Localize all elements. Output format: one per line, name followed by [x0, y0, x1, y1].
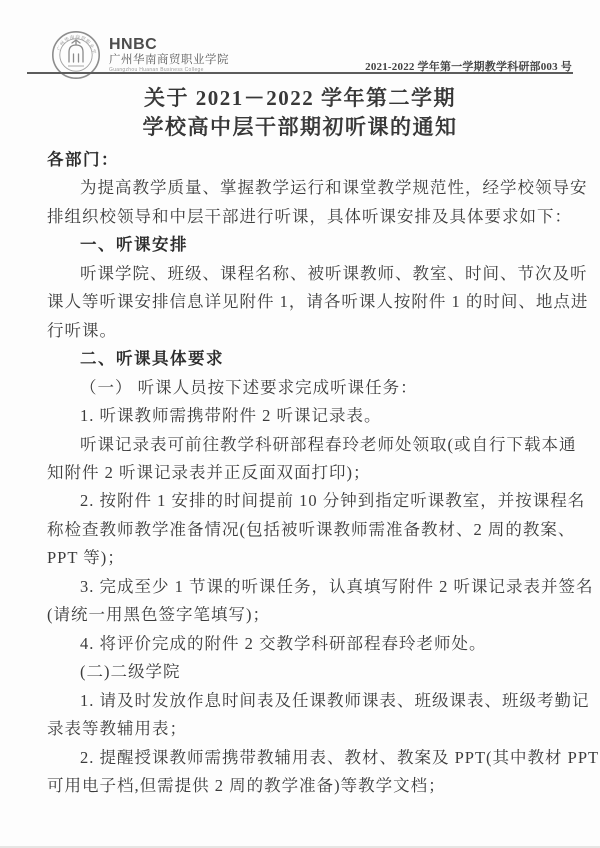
body-line: 排组织校领导和中层干部进行听课，具体听课安排及具体要求如下：: [47, 203, 572, 231]
body-line: 知附件 2 听课记录表并正反面双面打印)；: [47, 459, 572, 487]
body-line: (请统一用黑色签字笔填写)；: [47, 601, 572, 629]
school-name-cn: 广州华南商贸职业学院: [109, 53, 229, 67]
body-line: 1. 请及时发放作息时间表及任课教师课表、班级课表、班级考勤记: [47, 687, 572, 715]
document-body: 各部门：为提高教学质量、掌握教学运行和课堂教学规范性，经学校领导安排组织校领导和…: [47, 146, 572, 800]
body-line: 行听课。: [47, 317, 572, 345]
body-line: 课人等听课安排信息详见附件 1，请各听课人按附件 1 的时间、地点进: [47, 288, 572, 316]
document-header: 广州华南商贸职业学院 HNBC 广州华南商贸职业学院 Guangzhou Hua…: [27, 28, 573, 74]
body-line: 称检查教师教学准备情况(包括被听课教师需准备教材、2 周的教案、: [47, 516, 572, 544]
document-page: 广州华南商贸职业学院 HNBC 广州华南商贸职业学院 Guangzhou Hua…: [0, 0, 600, 848]
body-line: 3. 完成至少 1 节课的听课任务，认真填写附件 2 听课记录表并签名: [47, 573, 572, 601]
title-line-1: 关于 2021－2022 学年第二学期: [0, 84, 600, 113]
document-title: 关于 2021－2022 学年第二学期 学校高中层干部期初听课的通知: [0, 84, 600, 142]
section-heading: 各部门：: [47, 146, 572, 174]
body-line: 1. 听课教师需携带附件 2 听课记录表。: [47, 402, 572, 430]
logo-acronym: HNBC: [109, 36, 229, 53]
body-line: 听课记录表可前往教学科研部程春玲老师处领取(或自行下载本通: [47, 431, 572, 459]
svg-text:广州华南商贸职业学院: 广州华南商贸职业学院: [51, 30, 98, 55]
body-line: 可用电子档,但需提供 2 周的教学准备)等教学文档；: [47, 772, 572, 800]
section-heading: 二、听课具体要求: [47, 345, 572, 373]
section-heading: 一、听课安排: [47, 231, 572, 259]
body-line: 4. 将评价完成的附件 2 交教学科研部程春玲老师处。: [47, 630, 572, 658]
body-line: （一） 听课人员按下述要求完成听课任务：: [47, 374, 572, 402]
seal-arc-text: 广州华南商贸职业学院: [51, 30, 98, 55]
logo-text-block: HNBC 广州华南商贸职业学院 Guangzhou Huanan Busines…: [109, 36, 229, 74]
body-line: 为提高教学质量、掌握教学运行和课堂教学规范性，经学校领导安: [47, 174, 572, 202]
body-line: PPT 等)；: [47, 544, 572, 572]
seal-emblem: [69, 40, 83, 62]
body-line: 听课学院、班级、课程名称、被听课教师、教室、时间、节次及听: [47, 260, 572, 288]
title-line-2: 学校高中层干部期初听课的通知: [0, 113, 600, 142]
body-line: 录表等教辅用表；: [47, 715, 572, 743]
body-line: 2. 提醒授课教师需携带教辅用表、教材、教案及 PPT(其中教材 PPT: [47, 744, 572, 772]
body-line: 2. 按附件 1 安排的时间提前 10 分钟到指定听课教室，并按课程名: [47, 487, 572, 515]
header-divider: [27, 72, 573, 74]
body-line: (二)二级学院: [47, 658, 572, 686]
